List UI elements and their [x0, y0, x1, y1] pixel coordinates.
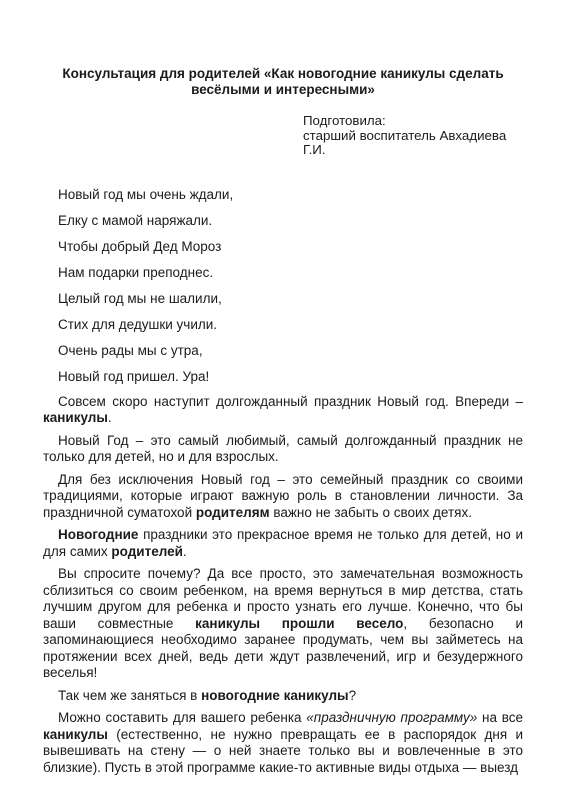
paragraph-text: (естественно, не нужно превращать ее в р… — [43, 727, 523, 775]
paragraph-text: ? — [349, 688, 357, 703]
poem-line: Очень рады мы с утра, — [58, 342, 523, 359]
poem-line: Новый год мы очень ждали, — [58, 186, 523, 203]
paragraph-text: важно не забыть о своих детях. — [270, 505, 472, 520]
poem-line: Целый год мы не шалили, — [58, 290, 523, 307]
paragraph-text-bold: каникулы прошли весело — [195, 616, 403, 631]
byline-author: старший воспитатель Авхадиева Г.И. — [303, 129, 523, 158]
paragraph-text: на все — [477, 710, 523, 725]
poem-line: Елку с мамой наряжали. — [58, 212, 523, 229]
paragraph: Можно составить для вашего ребенка «праз… — [43, 710, 523, 776]
paragraph-text-italic: «праздничную программу» — [306, 710, 477, 725]
paragraph: Вы спросите почему? Да все просто, это з… — [43, 566, 523, 682]
paragraph: Так чем же заняться в новогодние каникул… — [43, 688, 523, 705]
paragraph-text-bold: каникулы — [43, 727, 108, 742]
paragraph-text: Совсем скоро наступит долгожданный празд… — [58, 394, 523, 409]
poem-line: Нам подарки преподнес. — [58, 264, 523, 281]
paragraph-text-bold: каникулы — [43, 410, 108, 425]
poem: Новый год мы очень ждали, Елку с мамой н… — [43, 186, 523, 385]
byline-prepared-by: Подготовила: — [303, 114, 523, 129]
poem-line: Стих для дедушки учили. — [58, 316, 523, 333]
poem-line: Чтобы добрый Дед Мороз — [58, 238, 523, 255]
paragraph-text: Можно составить для вашего ребенка — [58, 710, 306, 725]
paragraph-text-bold: Новогодние — [58, 527, 138, 542]
paragraph-text-bold: родителям — [196, 505, 270, 520]
paragraph: Совсем скоро наступит долгожданный празд… — [43, 394, 523, 427]
paragraph: Новый Год – это самый любимый, самый дол… — [43, 433, 523, 466]
paragraph-text: Так чем же заняться в — [58, 688, 201, 703]
poem-line: Новый год пришел. Ура! — [58, 368, 523, 385]
document-title: Консультация для родителей «Как новогодн… — [43, 66, 523, 98]
document-body: Совсем скоро наступит долгожданный празд… — [43, 394, 523, 777]
paragraph-text: . — [183, 544, 187, 559]
paragraph: Для без исключения Новый год – это семей… — [43, 472, 523, 522]
paragraph-text: Новый Год – это самый любимый, самый дол… — [43, 433, 523, 465]
document-page: Консультация для родителей «Как новогодн… — [0, 0, 565, 800]
paragraph-text: . — [108, 410, 112, 425]
byline: Подготовила: старший воспитатель Авхадие… — [303, 114, 523, 158]
paragraph-text-bold: родителей — [111, 544, 183, 559]
paragraph: Новогодние праздники это прекрасное врем… — [43, 527, 523, 560]
paragraph-text-bold: новогодние каникулы — [201, 688, 348, 703]
